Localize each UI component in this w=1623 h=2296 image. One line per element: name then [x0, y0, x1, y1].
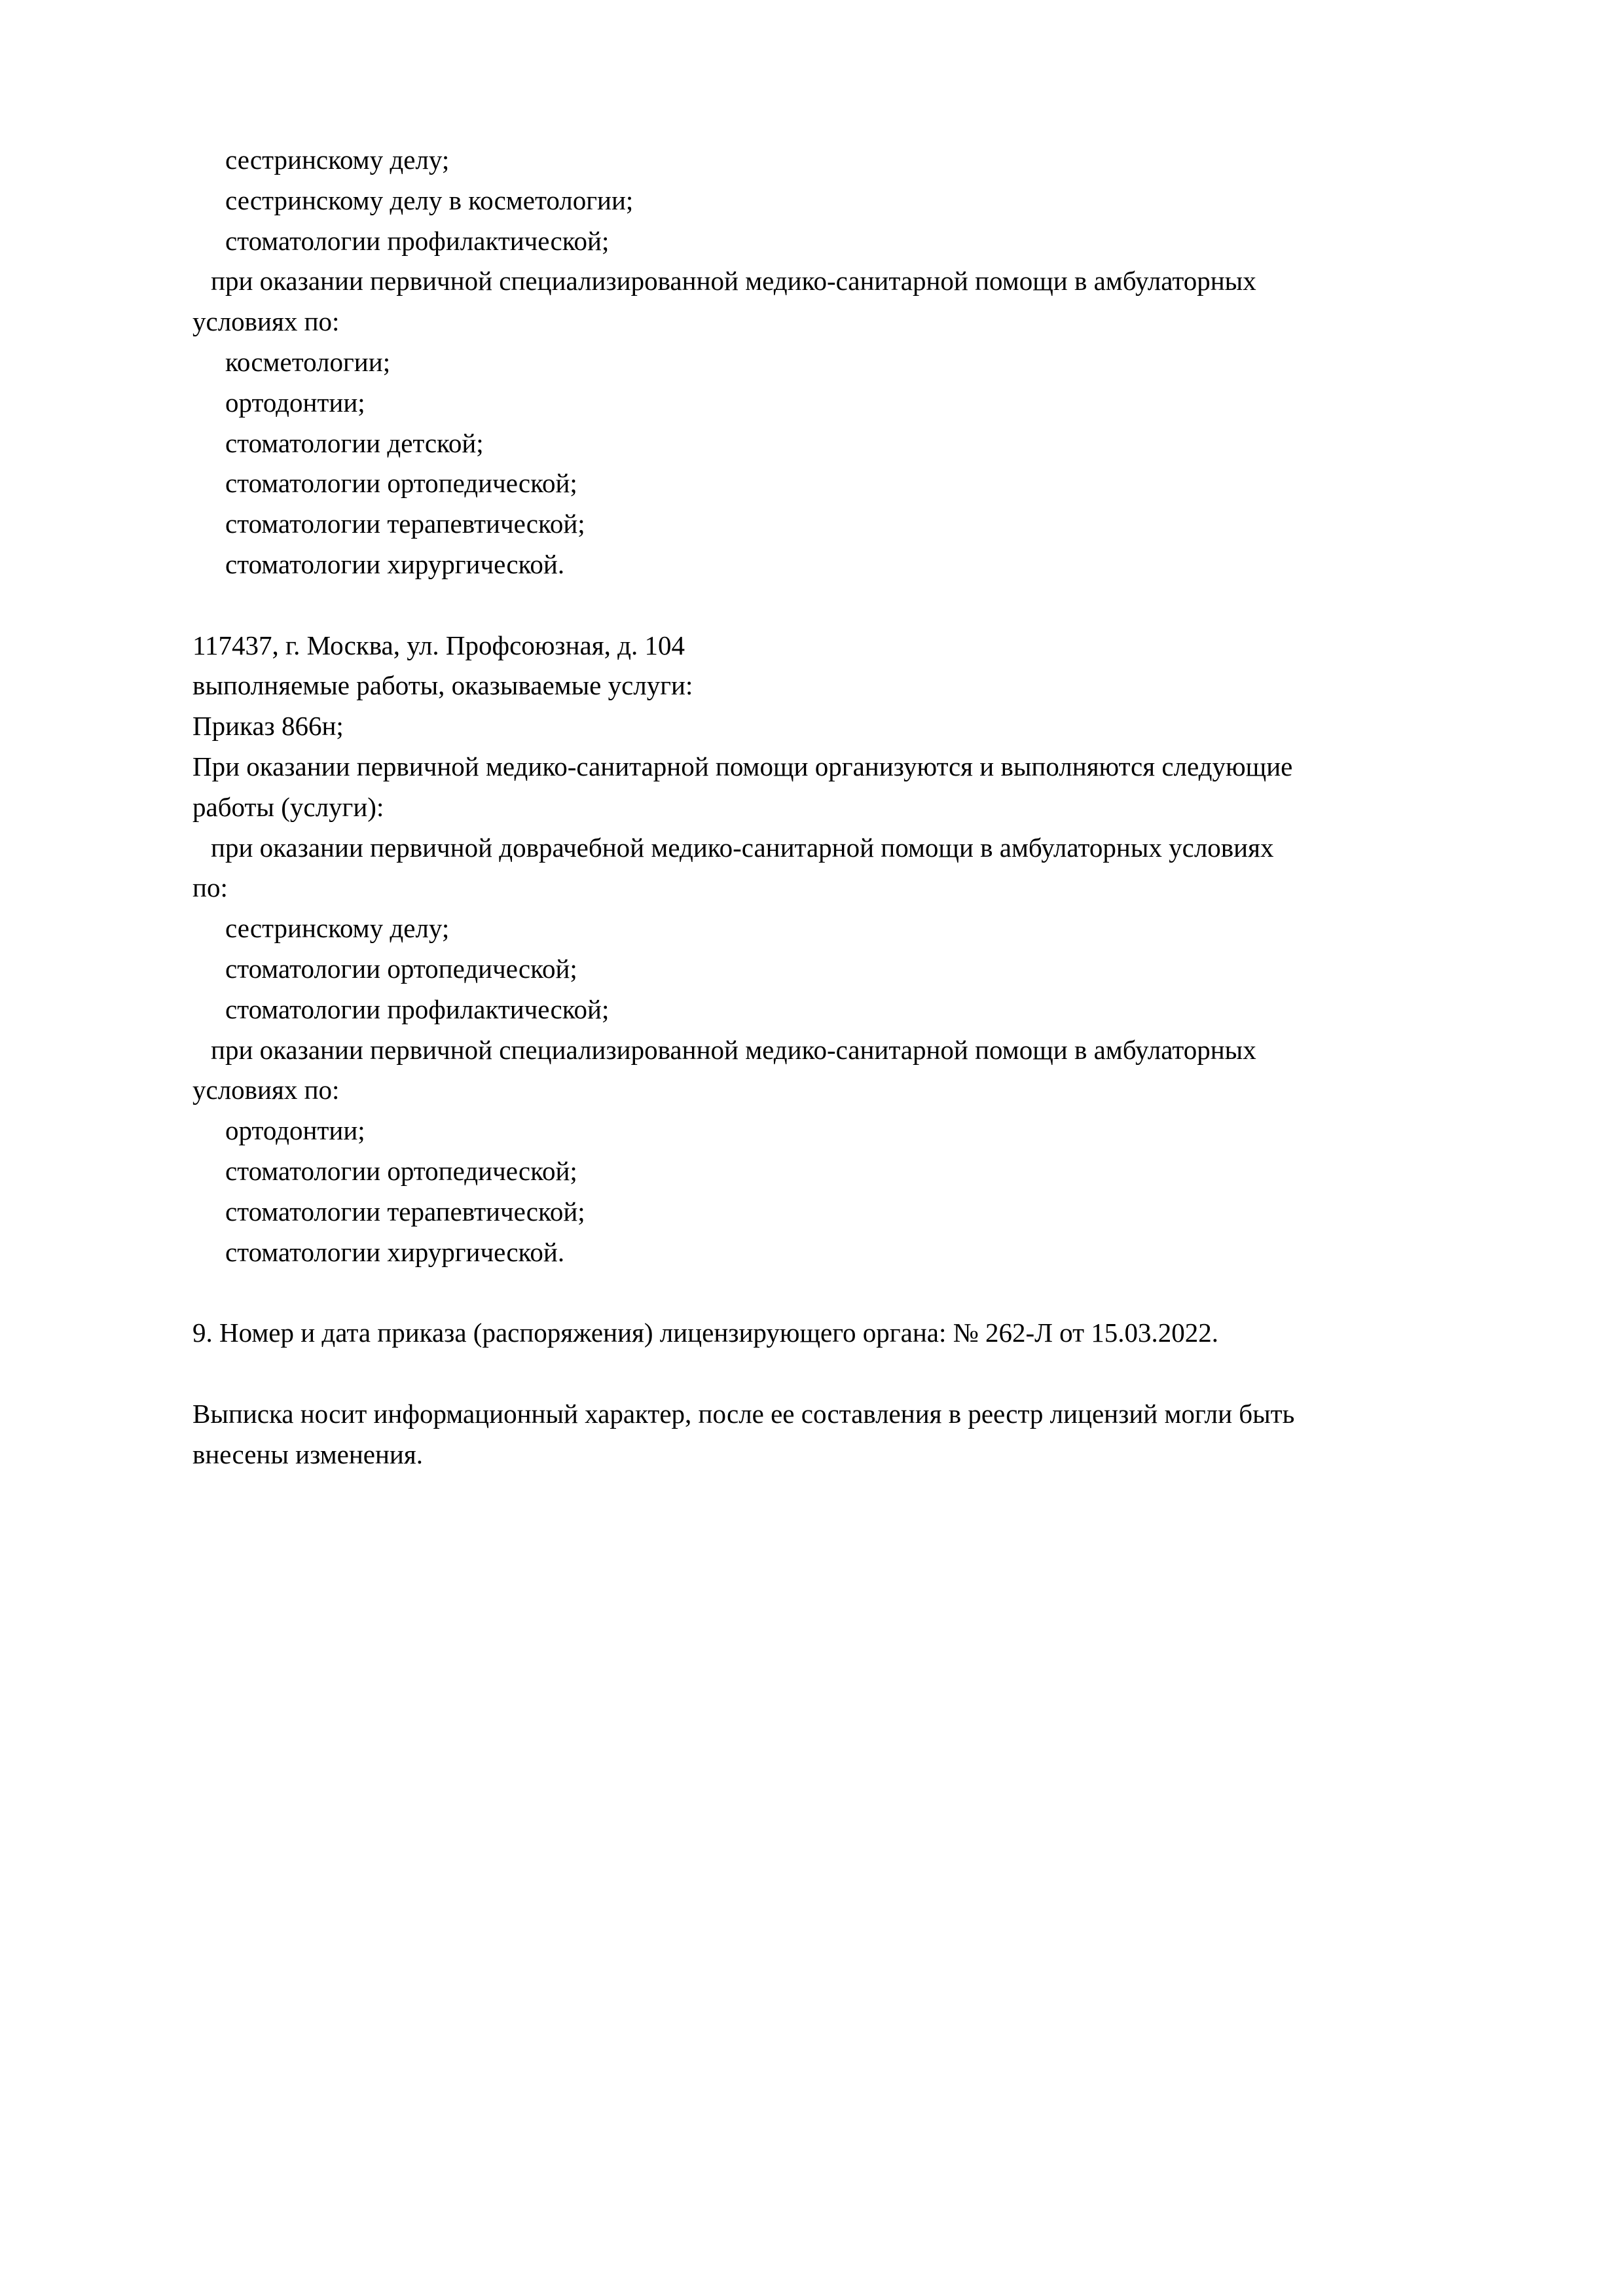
list-item: косметологии; [192, 342, 1535, 383]
subsection-heading-continued: условиях по: [192, 1070, 1535, 1111]
list-item: сестринскому делу; [192, 140, 1535, 181]
section-intro-continued: работы (услуги): [192, 787, 1535, 828]
list-item: ортодонтии; [192, 383, 1535, 423]
subsection-heading-continued: условиях по: [192, 302, 1535, 342]
spacer [192, 1272, 1535, 1313]
works-label: выполняемые работы, оказываемые услуги: [192, 666, 1535, 706]
services-block-2: 117437, г. Москва, ул. Профсоюзная, д. 1… [192, 626, 1535, 1273]
disclaimer: Выписка носит информационный характер, п… [192, 1394, 1535, 1475]
disclaimer-line: внесены изменения. [192, 1435, 1535, 1475]
list-item: сестринскому делу; [192, 908, 1535, 949]
list-item: стоматологии ортопедической; [192, 1151, 1535, 1192]
subsection-heading: при оказании первичной доврачебной медик… [192, 828, 1535, 869]
section-intro: При оказании первичной медико-санитарной… [192, 747, 1535, 787]
subsection-heading-continued: по: [192, 868, 1535, 908]
services-block-1: сестринскому делу; сестринскому делу в к… [192, 140, 1535, 585]
list-item: стоматологии ортопедической; [192, 949, 1535, 990]
disclaimer-line: Выписка носит информационный характер, п… [192, 1394, 1535, 1435]
list-item: стоматологии профилактической; [192, 221, 1535, 262]
list-item: стоматологии хирургической. [192, 545, 1535, 585]
list-item: стоматологии ортопедической; [192, 463, 1535, 504]
order-number-and-date: 9. Номер и дата приказа (распоряжения) л… [192, 1313, 1535, 1354]
list-item: стоматологии профилактической; [192, 990, 1535, 1030]
list-item: ортодонтии; [192, 1111, 1535, 1151]
document-page: сестринскому делу; сестринскому делу в к… [192, 140, 1535, 1475]
list-item: стоматологии терапевтической; [192, 504, 1535, 545]
spacer [192, 1354, 1535, 1394]
list-item: стоматологии терапевтической; [192, 1192, 1535, 1232]
list-item: стоматологии детской; [192, 423, 1535, 464]
list-item: стоматологии хирургической. [192, 1232, 1535, 1273]
spacer [192, 585, 1535, 626]
order-reference: Приказ 866н; [192, 706, 1535, 747]
subsection-heading: при оказании первичной специализированно… [192, 261, 1535, 302]
list-item: сестринскому делу в косметологии; [192, 181, 1535, 221]
address: 117437, г. Москва, ул. Профсоюзная, д. 1… [192, 626, 1535, 666]
subsection-heading: при оказании первичной специализированно… [192, 1030, 1535, 1071]
